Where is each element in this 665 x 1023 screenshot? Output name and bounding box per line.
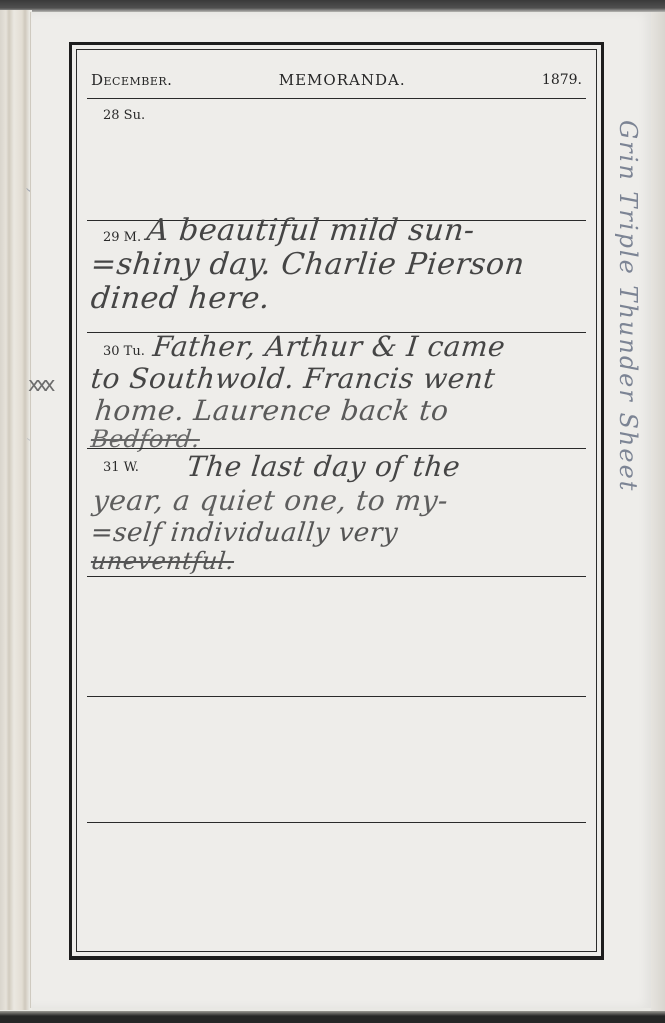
printed-frame: December. MEMORANDA. 1879. 28 Su. 29 M. … [69, 42, 604, 960]
entry-29-line-1: A beautiful mild sun- [145, 214, 476, 248]
entry-29-line-3: dined here. [89, 282, 271, 316]
header-title: MEMORANDA. [279, 71, 406, 89]
entry-31-line-1: The last day of the [185, 450, 462, 484]
entry-31-line-2: year, a quiet one, to my- [91, 484, 450, 518]
printed-frame-inner: December. MEMORANDA. 1879. 28 Su. 29 M. … [76, 49, 597, 952]
entry-30-line-4: Bedford. [89, 422, 202, 456]
day-divider-31 [87, 448, 586, 449]
day-divider-blank-3 [87, 822, 586, 823]
day-divider-blank-1 [87, 576, 586, 577]
right-page-edge [651, 12, 665, 1012]
right-margin-pencil-note: Grin Triple Thunder Sheet [612, 120, 652, 610]
scan-bottom-shadow [0, 1011, 665, 1023]
entry-30-line-2: to Southwold. Francis went [89, 362, 497, 396]
day-label-30: 30 Tu. [103, 344, 145, 359]
entry-29-line-2: =shiny day. Charlie Pierson [89, 248, 526, 282]
left-page-edges: ) ) [0, 10, 32, 1010]
day-divider-blank-2 [87, 696, 586, 697]
day-label-28: 28 Su. [103, 108, 145, 123]
day-label-29: 29 M. [103, 230, 141, 245]
page-header: December. MEMORANDA. 1879. [91, 60, 582, 100]
right-margin-note-text: Grin Triple Thunder Sheet [614, 120, 642, 492]
day-label-31: 31 W. [103, 460, 139, 475]
entry-30-line-1: Father, Arthur & I came [151, 330, 507, 364]
header-year: 1879. [542, 72, 582, 88]
scanned-diary-page: ) ) December. MEMORANDA. 1879. 28 Su. 29… [0, 0, 665, 1023]
left-margin-cross-mark: xxx [28, 372, 52, 396]
entry-31-line-4: uneventful. [89, 544, 236, 578]
header-month: December. [91, 71, 172, 89]
header-rule [87, 98, 586, 99]
